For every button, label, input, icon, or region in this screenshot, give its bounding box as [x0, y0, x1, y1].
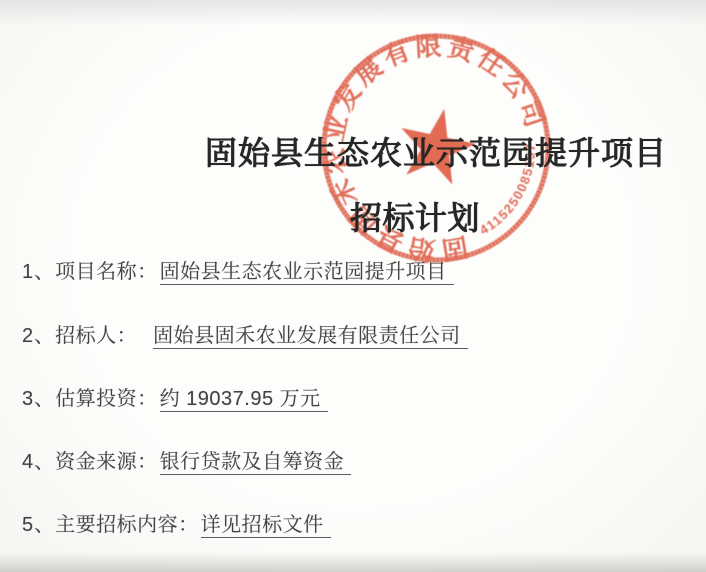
item-value: 详见招标文件	[201, 514, 331, 538]
item-value: 固始县生态农业示范园提升项目	[160, 261, 454, 285]
item-number: 4、	[22, 451, 55, 473]
item-label: 估算投资：	[55, 388, 158, 410]
item-label: 项目名称：	[55, 261, 158, 283]
item-value: 约 19037.95 万元	[160, 388, 328, 412]
list-item-funding-source: 4、资金来源：银行贷款及自筹资金	[22, 448, 351, 476]
item-number: 5、	[22, 514, 55, 536]
item-label: 招标人：	[55, 325, 137, 347]
document-subtitle: 招标计划	[350, 193, 480, 239]
item-label: 主要招标内容：	[55, 514, 199, 536]
list-item-estimated-investment: 3、估算投资：约 19037.95 万元	[22, 385, 328, 413]
list-item-tenderer: 2、招标人：固始县固禾农业发展有限责任公司	[22, 322, 468, 350]
list-item-main-tender-content: 5、主要招标内容：详见招标文件	[22, 511, 331, 539]
list-item-project-name: 1、项目名称：固始县生态农业示范园提升项目	[22, 258, 454, 286]
item-value: 银行贷款及自筹资金	[160, 451, 352, 475]
item-number: 3、	[22, 388, 55, 410]
item-label: 资金来源：	[55, 451, 158, 473]
item-value: 固始县固禾农业发展有限责任公司	[153, 325, 468, 349]
item-number: 2、	[22, 325, 55, 347]
document-title: 固始县生态农业示范园提升项目	[205, 128, 667, 174]
item-number: 1、	[22, 261, 55, 283]
document-page: 固始县固禾农业发展有限责任公司 4115250085197 固始县生态农业示范园…	[0, 0, 706, 572]
scan-shadow-bottom	[0, 552, 706, 572]
